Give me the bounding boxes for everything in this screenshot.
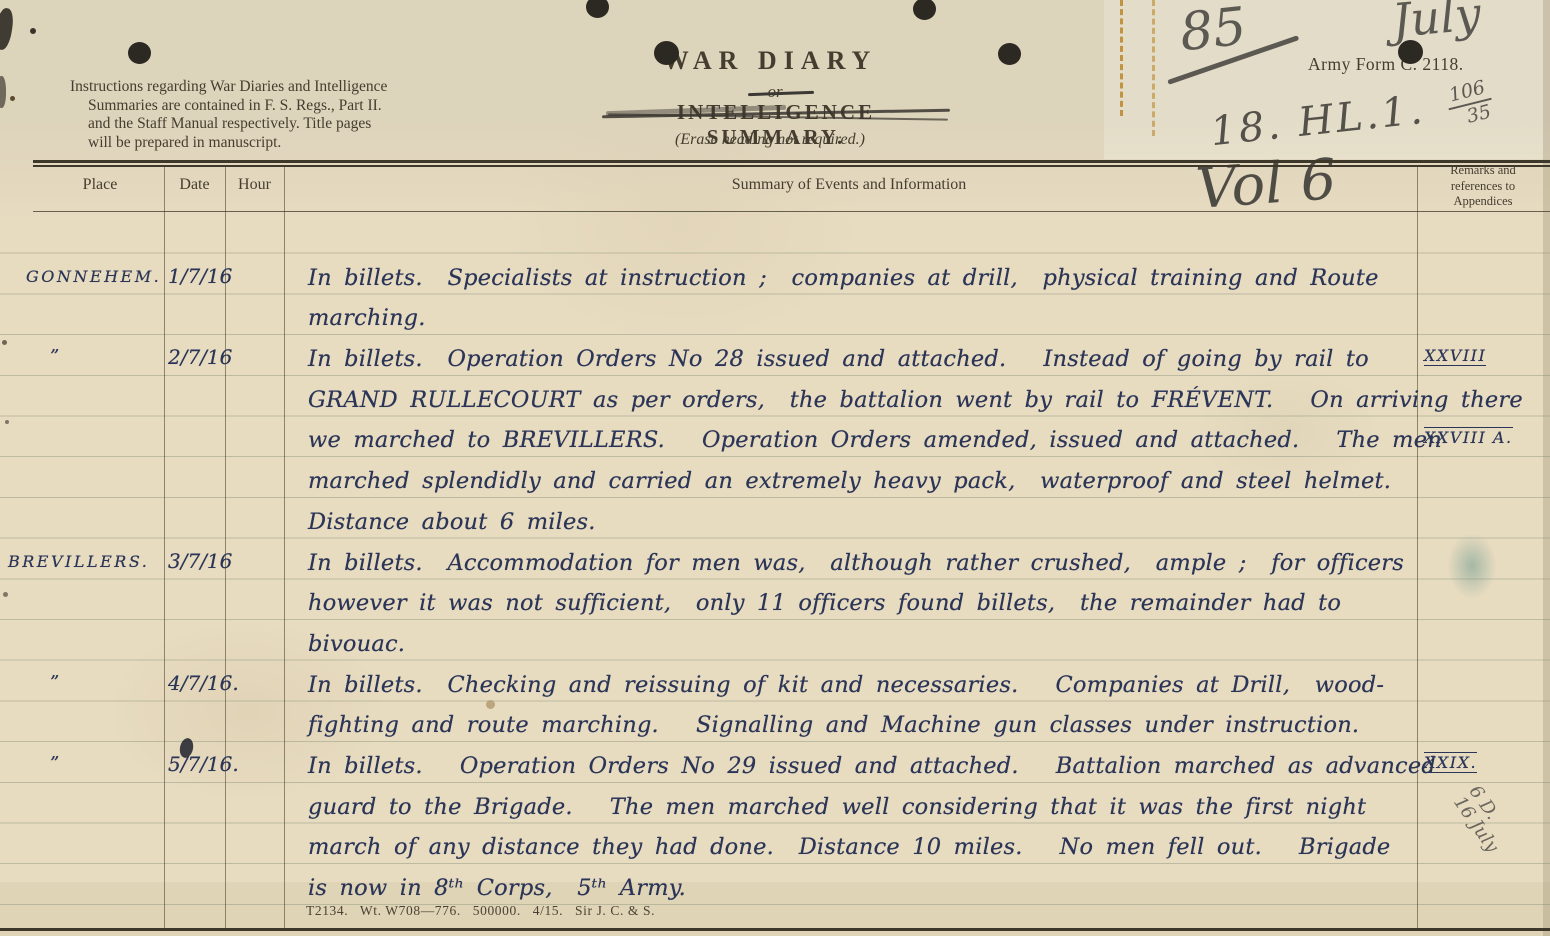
diary-line: is now in 8ᵗʰ Corps, 5ᵗʰ Army. bbox=[308, 864, 1418, 905]
filing-dot bbox=[913, 0, 936, 20]
diary-line: In billets. Operation Orders No 29 issue… bbox=[308, 741, 1418, 782]
entry-place-ditto: ” bbox=[50, 741, 59, 782]
table-bottom-rule bbox=[0, 928, 1550, 931]
column-header-place: Place bbox=[50, 176, 150, 194]
war-diary-page: { "form": { "number_label": "Army Form C… bbox=[0, 0, 1550, 936]
filing-dot bbox=[654, 41, 679, 65]
diary-line: guard to the Brigade. The men marched we… bbox=[308, 782, 1418, 823]
diary-line: bivouac. bbox=[308, 619, 1418, 660]
diary-line: fighting and route marching. Signalling … bbox=[308, 701, 1418, 742]
torn-edge-mark bbox=[0, 76, 6, 108]
column-line-place-date bbox=[164, 166, 165, 928]
form-title: WAR DIARY bbox=[600, 46, 940, 76]
diary-line: we marched to BREVILLERS. Operation Orde… bbox=[308, 416, 1418, 457]
entry-date: 3/7/16 bbox=[168, 538, 228, 579]
entry-place-ditto: ” bbox=[50, 660, 59, 701]
diary-line: GRAND RULLECOURT as per orders, the batt… bbox=[308, 375, 1418, 416]
header-bottom-rule bbox=[33, 211, 1550, 212]
filing-dot bbox=[128, 42, 151, 64]
or-label: or bbox=[740, 82, 810, 102]
pencil-fraction-note: 106 35 bbox=[1443, 75, 1497, 131]
circular-stamp bbox=[1448, 534, 1496, 598]
remark-text: XXVIII A. bbox=[1424, 427, 1513, 447]
appendix-remark: XXVIII A. bbox=[1424, 416, 1513, 457]
entry-date: 2/7/16 bbox=[168, 334, 228, 375]
diary-line: In billets. Checking and reissuing of ki… bbox=[308, 660, 1418, 701]
filing-dot bbox=[586, 0, 609, 18]
instructions-line: Summaries are contained in F. S. Regs., … bbox=[88, 97, 470, 116]
printers-imprint: T2134. Wt. W708—776. 500000. 4/15. Sir J… bbox=[306, 903, 655, 919]
paper-speck bbox=[3, 592, 8, 597]
diary-line: In billets. Operation Orders No 28 issue… bbox=[308, 334, 1418, 375]
column-header-summary: Summary of Events and Information bbox=[584, 176, 1114, 194]
appendix-remark: XXIX. bbox=[1424, 741, 1477, 782]
entry-date: 4/7/16. bbox=[168, 660, 228, 701]
column-header-date: Date bbox=[164, 176, 225, 194]
paper-speck bbox=[10, 96, 15, 101]
paper-speck bbox=[486, 700, 495, 709]
entry-date: 5/7/16. bbox=[168, 741, 228, 782]
orange-crayon-mark bbox=[1120, 0, 1123, 116]
instructions-line: Instructions regarding War Diaries and I… bbox=[70, 78, 470, 97]
column-header-remarks: Remarks and references to Appendices bbox=[1419, 163, 1547, 210]
diary-line: march of any distance they had done. Dis… bbox=[308, 823, 1418, 864]
instructions-line: and the Staff Manual respectively. Title… bbox=[88, 115, 470, 134]
entry-date: 1/7/16 bbox=[168, 253, 228, 294]
entry-place: BREVILLERS. bbox=[8, 538, 149, 579]
diary-line: In billets. Specialists at instruction ;… bbox=[308, 253, 1418, 294]
diary-line: marching. bbox=[308, 294, 1418, 335]
orange-crayon-mark bbox=[1152, 0, 1155, 136]
paper-speck bbox=[30, 28, 36, 34]
filing-dot bbox=[998, 43, 1021, 65]
form-instructions: Instructions regarding War Diaries and I… bbox=[70, 78, 470, 152]
paper-speck bbox=[2, 340, 7, 345]
column-header-hour: Hour bbox=[225, 176, 284, 194]
diary-line: In billets. Accommodation for men was, a… bbox=[308, 538, 1418, 579]
diary-line: Distance about 6 miles. bbox=[308, 497, 1418, 538]
instructions-line: will be prepared in manuscript. bbox=[88, 134, 470, 153]
diary-line: marched splendidly and carried an extrem… bbox=[308, 457, 1418, 498]
filing-dot bbox=[1398, 40, 1423, 64]
pencil-page-number: 85 bbox=[1177, 0, 1249, 63]
appendix-remark: XXVIII bbox=[1424, 334, 1486, 375]
table-top-rule-thin bbox=[33, 165, 1550, 167]
entry-place-ditto: ” bbox=[50, 334, 59, 375]
table-top-rule-thick bbox=[33, 160, 1550, 163]
paper-speck bbox=[5, 420, 9, 424]
erase-heading-note: (Erase heading not required.) bbox=[640, 131, 900, 149]
torn-edge-mark bbox=[0, 7, 15, 51]
pencil-unit-reference: 18. HL.1. bbox=[1208, 87, 1427, 155]
diary-line: however it was not sufficient, only 11 o… bbox=[308, 579, 1418, 620]
army-form-number: Army Form C. 2118. bbox=[1308, 54, 1464, 75]
entry-place: GONNEHEM. bbox=[26, 253, 161, 294]
remark-text: XXVIII bbox=[1424, 346, 1486, 366]
column-line-hour-summary bbox=[284, 166, 285, 928]
remark-text: XXIX. bbox=[1424, 752, 1477, 773]
